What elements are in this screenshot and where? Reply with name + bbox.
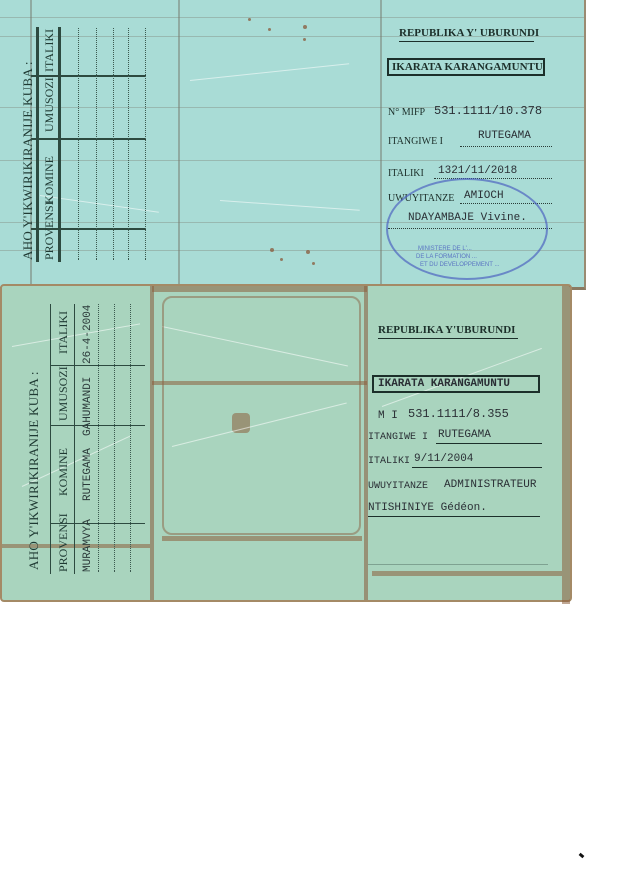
card-title: IKARATA KARANGAMUNTU <box>392 61 543 73</box>
col-provensi: PROVENSI <box>56 513 71 572</box>
top-id-card: AHO Y'IKWIRIKIRANIJE KUBA : PROVENSI KOM… <box>0 0 586 290</box>
stamp-text: DE LA FORMATION ... <box>416 254 477 260</box>
signed-by-title: ADMINISTRATEUR <box>444 479 536 491</box>
signed-by-name: NTISHINIYE Gédéon. <box>368 502 487 514</box>
row-umusozi: GAHUMANDI <box>82 377 94 436</box>
scan-speck <box>579 853 585 859</box>
col-komine: KOMINE <box>42 156 57 204</box>
date-value: 1321/11/2018 <box>438 165 517 177</box>
fold-line <box>178 0 180 287</box>
photo-area <box>162 296 361 535</box>
issued-at-value: RUTEGAMA <box>478 130 531 142</box>
issued-at-label: ITANGIWE I <box>388 136 443 147</box>
col-italiki: ITALIKI <box>42 29 57 72</box>
card-title-box: IKARATA KARANGAMUNTU <box>387 58 545 76</box>
col-provensi: PROVENSI <box>42 201 57 260</box>
number-value: 531.1111/8.355 <box>408 407 509 421</box>
number-value: 531.1111/10.378 <box>434 104 542 118</box>
residence-title: AHO Y'IKWIRIKIRANIJE KUBA : <box>26 371 42 570</box>
residence-table-top: AHO Y'IKWIRIKIRANIJE KUBA : PROVENSI KOM… <box>0 0 150 287</box>
col-umusozi: UMUSOZI <box>56 366 71 421</box>
number-label: N° MIFP <box>388 107 425 118</box>
stamp-text: MINISTERE DE L'... <box>418 246 472 252</box>
date-value: 9/11/2004 <box>414 453 473 465</box>
card-title-box: IKARATA KARANGAMUNTU <box>372 375 540 393</box>
residence-table-bottom: AHO Y'IKWIRIKIRANIJE KUBA : PROVENSI KOM… <box>2 286 150 600</box>
republic-heading: REPUBLIKA Y' UBURUNDI <box>399 27 539 39</box>
stamp-text: ET DU DEVELOPPEMENT ... <box>420 262 499 268</box>
signed-by-label: UWUYITANZE <box>368 481 428 492</box>
residence-title: AHO Y'IKWIRIKIRANIJE KUBA : <box>20 61 36 260</box>
issued-at-value: RUTEGAMA <box>438 429 491 441</box>
date-label: ITALIKI <box>388 168 424 179</box>
date-label: ITALIKI <box>368 456 410 467</box>
republic-heading: REPUBLIKA Y'UBURUNDI <box>378 324 515 336</box>
identity-panel-bottom: REPUBLIKA Y'UBURUNDI IKARATA KARANGAMUNT… <box>368 286 564 600</box>
number-label: M I <box>378 410 398 422</box>
identity-panel-top: REPUBLIKA Y' UBURUNDI IKARATA KARANGAMUN… <box>382 0 584 287</box>
row-komine: RUTEGAMA <box>82 448 94 501</box>
col-komine: KOMINE <box>56 448 71 496</box>
row-italiki: 26-4-2004 <box>82 305 94 364</box>
card-title: IKARATA KARANGAMUNTU <box>378 378 510 390</box>
bottom-id-card: AHO Y'IKWIRIKIRANIJE KUBA : PROVENSI KOM… <box>0 284 572 602</box>
row-provensi: MURAMVYA <box>82 519 94 572</box>
issued-at-label: ITANGIWE I <box>368 432 428 443</box>
col-italiki: ITALIKI <box>56 311 71 354</box>
col-umusozi: UMUSOZI <box>42 77 57 132</box>
